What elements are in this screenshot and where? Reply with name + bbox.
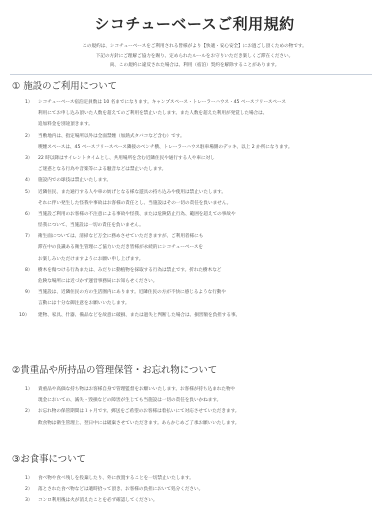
intro-divider (10, 74, 372, 75)
item-text: 飲食物は衛生管理上、翌日中には破棄させていただきます。あらかじめご了承お願いいた… (38, 418, 380, 429)
item-text: 言動には十分な御注意をお願いいたします。 (38, 298, 380, 309)
list-item: 1） 貴重品や高価な持ち物はお客様自身で管理監督をお願いいたします。お客様が持ち… (20, 384, 380, 406)
intro-line: この規約は、シコチューベースをご利用される皆様がより【快適・安心安全】にお過ごし… (0, 42, 389, 52)
item-text: コンロ利用後は火が消えたことを必ず確認してください。 (38, 495, 380, 506)
list-item: 2） 当敷地内は、指定場所以外は全面禁煙（加熱式タバコなど含む）です。 喫煙スペ… (20, 131, 380, 153)
list-item: 5） 近隣住民、また通行する人や車の妨げとなる様な遊具の持ち込みや使用は禁止いた… (20, 187, 380, 209)
item-number: 3） (25, 153, 33, 164)
item-number: 6） (25, 209, 33, 220)
list-item: 6） 当施設ご利用のお客様の不注意による事故や怪我、または危険防止行為、範囲を超… (20, 209, 380, 231)
item-number: 2） (25, 484, 33, 495)
intro-line: 尚、この規約に違反された場合は、利用（宿泊）契約を解除することがあります。 (0, 61, 389, 71)
section-list-meals: 1） 食べ物や食べ残しを投棄したり、外に放置することを一切禁止いたします。 2）… (20, 473, 380, 507)
item-text: 滞在中の良識ある衛生管理にご協力いただき皆様が永続的にシコチューベースを (38, 242, 380, 253)
item-text: 落とされた食べ物などは適時拾って頂き、お客様の負担において処分ください。 (38, 484, 380, 495)
list-item: 4） 施設内での球技は禁止いたします。 (20, 175, 380, 186)
page-title: シコチューベースご利用規約 (0, 14, 389, 34)
item-text: 貴重品や高価な持ち物はお客様自身で管理監督をお願いいたします。お客様が持ち込まれ… (38, 384, 380, 395)
item-number: 5） (25, 187, 33, 198)
intro-paragraph: この規約は、シコチューベースをご利用される皆様がより【快適・安心安全】にお過ごし… (0, 42, 389, 71)
item-text: 利用にてお申し込み頂いた人数を超えてのご利用を禁止いたします。また人数を超えた利… (38, 108, 380, 119)
item-number: 9） (25, 287, 33, 298)
item-text: ご迷惑となる行為や音楽等による騒音などは禁止いたします。 (38, 164, 380, 175)
list-item: 2） 落とされた食べ物などは適時拾って頂き、お客様の負担において処分ください。 (20, 484, 380, 495)
item-text: 追加料金を別途頂きます。 (38, 119, 380, 130)
item-text: 食べ物や食べ残しを投棄したり、外に放置することを一切禁止いたします。 (38, 473, 380, 484)
item-text: 当施設ご利用のお客様の不注意による事故や怪我、または危険防止行為、範囲を超えての… (38, 209, 380, 220)
item-text: 当施設は、近隣住民の方の生活圏内にあります。近隣住民の方が不快に感じるような行動… (38, 287, 380, 298)
list-item: 9） 当施設は、近隣住民の方の生活圏内にあります。近隣住民の方が不快に感じるよう… (20, 287, 380, 309)
item-text: 当敷地内は、指定場所以外は全面禁煙（加熱式タバコなど含む）です。 (38, 131, 380, 142)
item-text: 22 時以降はサイレントタイムとし、共用場所を含む近隣住民や通行する人や車に対し (38, 153, 380, 164)
item-text: お忘れ物の保管期間は１ヶ月です。郵送をご希望のお客様は着払いにて対応させていただ… (38, 406, 380, 417)
section-list-valuables: 1） 貴重品や高価な持ち物はお客様自身で管理監督をお願いいたします。お客様が持ち… (20, 384, 380, 429)
section-heading-valuables: ②貴重品や所持品の管理保管・お忘れ物について (12, 364, 217, 378)
item-number: 3） (25, 495, 33, 506)
list-item: 3） コンロ利用後は火が消えたことを必ず確認してください。 (20, 495, 380, 506)
item-text: 施設内での球技は禁止いたします。 (38, 175, 380, 186)
intro-line: 下記の方針にご理解ご協力を賜り、定められたルールをお守りいただき楽しくご滞在くだ… (0, 52, 389, 62)
item-text: 現金においての、滅失・毀損などの障害が生じても当施設は一切の責任を負いかねます。 (38, 395, 380, 406)
item-number: 7） (25, 231, 33, 242)
item-text: 怪我について、当施設は一切の責任を負いません。 (38, 220, 380, 231)
item-text: それに伴い発生した怪我や事故はお客様の責任とし、当施設はその一切の責任を負いませ… (38, 198, 380, 209)
section-heading-facility-use: ① 施設のご利用について (12, 80, 117, 94)
item-text: 近隣住民、また通行する人や車の妨げとなる様な遊具の持ち込みや使用は禁止いたします… (38, 187, 380, 198)
item-number: 1） (25, 473, 33, 484)
item-text: 建物、家具、什器、備品などを故意に破損、または過失と判断した場合は、損害額を負担… (38, 310, 380, 321)
terms-document: シコチューベースご利用規約 この規約は、シコチューベースをご利用される皆様がより… (0, 0, 389, 516)
item-number: 8） (25, 265, 33, 276)
item-text: 危険な場所には近づかず運営事務局にお知らせください。 (38, 276, 380, 287)
item-number: 2） (25, 406, 33, 417)
list-item: 8） 樹木を傷つける行為または、みだりに動植物を採取する行為は禁止です。折れた樹… (20, 265, 380, 287)
list-item: 3） 22 時以降はサイレントタイムとし、共用場所を含む近隣住民や通行する人や車… (20, 153, 380, 175)
item-text: お楽しみいただけますようにお願い申し上げます。 (38, 254, 380, 265)
item-number: 2） (25, 131, 33, 142)
item-number: 10） (19, 310, 29, 321)
list-item: 1） シコチューベース宿泊定員数は 10 名までになります。キャンプスペース・ト… (20, 97, 380, 131)
item-number: 1） (25, 97, 33, 108)
section-list-facility-use: 1） シコチューベース宿泊定員数は 10 名までになります。キャンプスペース・ト… (20, 97, 380, 321)
item-text: 喫煙スペースは、45 ベースフリースペース隣接のベンチ横、トレーラーハウス駐車場… (38, 142, 380, 153)
list-item: 7） 衛生面については、清掃など万全に務めさせていただきますが、ご利用者様にも … (20, 231, 380, 265)
list-item: 10） 建物、家具、什器、備品などを故意に破損、または過失と判断した場合は、損害… (20, 310, 380, 321)
item-text: 衛生面については、清掃など万全に務めさせていただきますが、ご利用者様にも (38, 231, 380, 242)
list-item: 2） お忘れ物の保管期間は１ヶ月です。郵送をご希望のお客様は着払いにて対応させて… (20, 406, 380, 428)
item-number: 4） (25, 175, 33, 186)
item-text: シコチューベース宿泊定員数は 10 名までになります。キャンプスペース・トレーラ… (38, 97, 380, 108)
item-number: 1） (25, 384, 33, 395)
list-item: 1） 食べ物や食べ残しを投棄したり、外に放置することを一切禁止いたします。 (20, 473, 380, 484)
section-heading-meals: ③お食事について (12, 453, 86, 467)
item-text: 樹木を傷つける行為または、みだりに動植物を採取する行為は禁止です。折れた樹木など (38, 265, 380, 276)
